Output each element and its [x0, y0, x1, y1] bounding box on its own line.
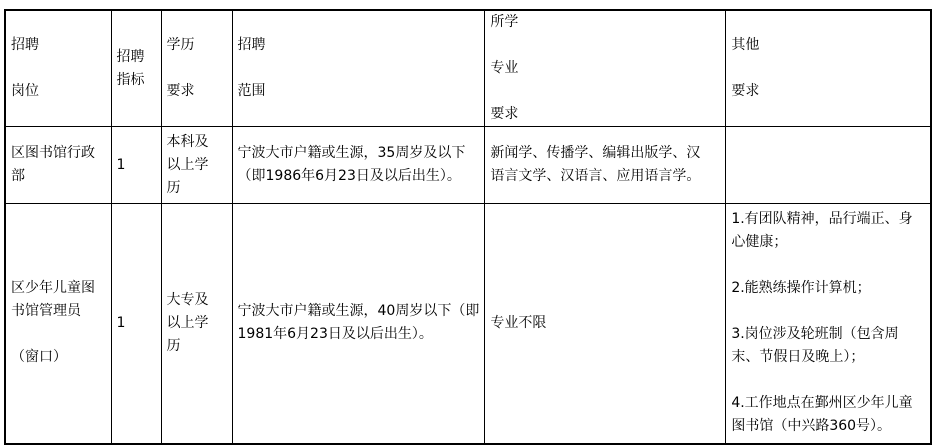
header-position-cell: 招聘 岗位 [5, 10, 111, 127]
recruitment-table: 招聘 岗位 招聘 指标 学历 要求 招聘 范围 所学 专业 要求 其他 要求 区… [4, 9, 932, 445]
header-other-cell: 其他 要求 [726, 10, 931, 127]
row2-education-cell: 大专及 以上学 历 [161, 204, 232, 444]
header-education-cell: 学历 要求 [161, 10, 232, 127]
header-major-cell: 所学 专业 要求 [485, 10, 726, 127]
row1-major-cell: 新闻学、传播学、编辑出版学、汉 语言文学、汉语言、应用语言学。 [485, 127, 726, 204]
header-quota-cell: 招聘 指标 [111, 10, 161, 127]
table-row-children-library-clerk: 区少年儿童图 书馆管理员 （窗口） 1 大专及 以上学 历 宁波大市户籍或生源，… [5, 204, 931, 444]
row1-education-cell: 本科及 以上学 历 [161, 127, 232, 204]
row1-quota-cell: 1 [111, 127, 161, 204]
row2-quota-cell: 1 [111, 204, 161, 444]
row1-scope-cell: 宁波大市户籍或生源，35周岁及以下 （即1986年6月23日及以后出生）。 [232, 127, 485, 204]
row1-other-cell [726, 127, 931, 204]
table-row-library-admin: 区图书馆行政 部 1 本科及 以上学 历 宁波大市户籍或生源，35周岁及以下 （… [5, 127, 931, 204]
row2-scope-cell: 宁波大市户籍或生源，40周岁以下（即 1981年6月23日及以后出生）。 [232, 204, 485, 444]
row1-position-cell: 区图书馆行政 部 [5, 127, 111, 204]
row2-position-cell: 区少年儿童图 书馆管理员 （窗口） [5, 204, 111, 444]
row2-other-cell: 1.有团队精神，品行端正、身 心健康； 2.能熟练操作计算机； 3.岗位涉及轮班… [726, 204, 931, 444]
header-row: 招聘 岗位 招聘 指标 学历 要求 招聘 范围 所学 专业 要求 其他 要求 [5, 10, 931, 127]
row2-major-cell: 专业不限 [485, 204, 726, 444]
header-scope-cell: 招聘 范围 [232, 10, 485, 127]
